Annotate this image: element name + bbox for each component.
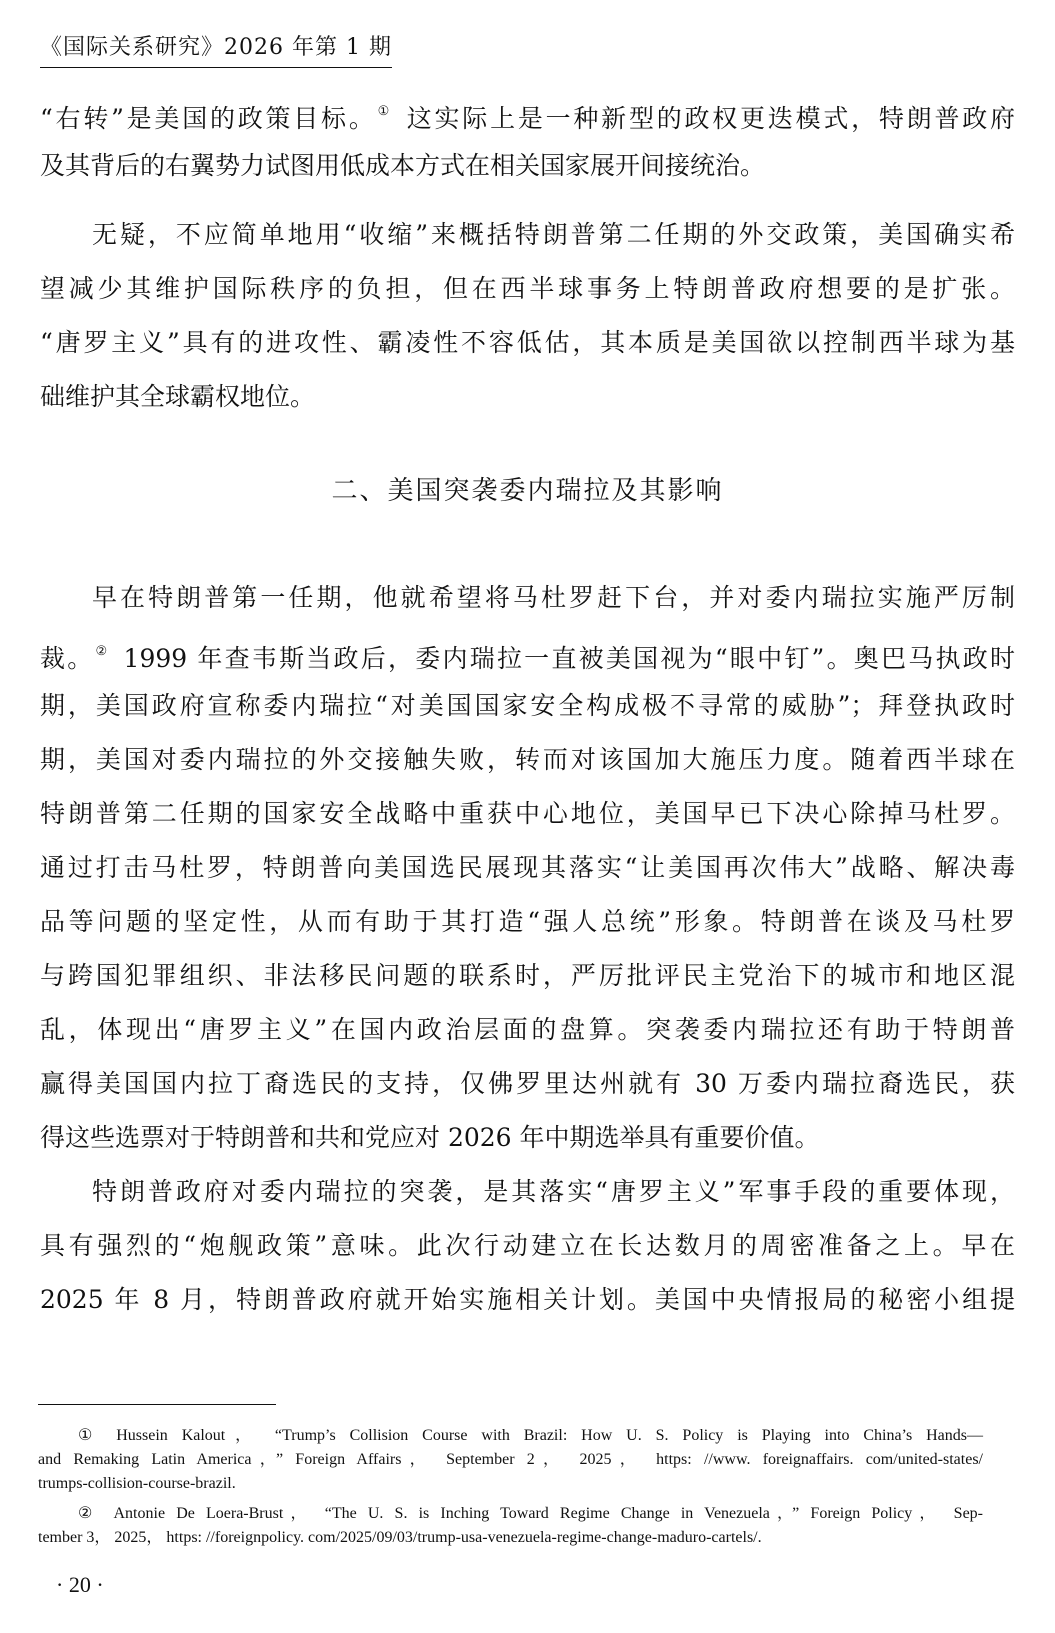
text-line: 赢得美国国内拉丁裔选民的支持，仅佛罗里达州就有 30 万委内瑞拉裔选民，获	[40, 1064, 1015, 1104]
paragraph-first-line: 特朗普政府对委内瑞拉的突袭，是其落实“唐罗主义”军事手段的重要体现，	[40, 1172, 1015, 1212]
text-line: 具有强烈的“炮舰政策”意味。此次行动建立在长达数月的周密准备之上。早在	[40, 1226, 1015, 1266]
text-line: 通过打击马杜罗，特朗普向美国选民展现其落实“让美国再次伟大”战略、解决毒	[40, 848, 1015, 888]
footnote-2: ②Antonie De Loera-Brust， “The U. S. is I…	[38, 1502, 983, 1526]
footnote-marker: ①	[78, 1427, 102, 1444]
text-line: 裁。② 1999 年查韦斯当政后，委内瑞拉一直被美国视为“眼中钉”。奥巴马执政时	[40, 632, 1015, 672]
footnote-divider	[38, 1404, 276, 1405]
text-line: 础维护其全球霸权地位。	[40, 377, 1015, 417]
text-line: 乱，体现出“唐罗主义”在国内政治层面的盘算。突袭委内瑞拉还有助于特朗普	[40, 1010, 1015, 1050]
running-header: 《国际关系研究》2026 年第 1 期	[40, 30, 392, 68]
text-line: 与跨国犯罪组织、非法移民问题的联系时，严厉批评民主党治下的城市和地区混	[40, 956, 1015, 996]
footnote-ref-2[interactable]: ②	[95, 644, 109, 659]
footnote-1-line: and Remaking Latin America，” Foreign Aff…	[38, 1448, 983, 1472]
page-number: · 20 ·	[56, 1572, 104, 1598]
paragraph-first-line: 早在特朗普第一任期，他就希望将马杜罗赶下台，并对委内瑞拉实施严厉制	[40, 578, 1015, 618]
paragraph-first-line: 无疑，不应简单地用“收缩”来概括特朗普第二任期的外交政策，美国确实希	[40, 215, 1015, 255]
text-line: 期，美国政府宣称委内瑞拉“对美国国家安全构成极不寻常的威胁”；拜登执政时	[40, 686, 1015, 726]
text-line: 得这些选票对于特朗普和共和党应对 2026 年中期选举具有重要价值。	[40, 1118, 1015, 1158]
footnote-1-line: trumps-collision-course-brazil.	[38, 1472, 983, 1496]
text-line: 及其背后的右翼势力试图用低成本方式在相关国家展开间接统治。	[40, 146, 1015, 186]
text-line: 品等问题的坚定性，从而有助于其打造“强人总统”形象。特朗普在谈及马杜罗	[40, 902, 1015, 942]
text-line: 特朗普第二任期的国家安全战略中重获中心地位，美国早已下决心除掉马杜罗。	[40, 794, 1015, 834]
footnote-marker: ②	[78, 1505, 100, 1522]
footnote-ref-1[interactable]: ①	[378, 104, 392, 119]
footnote-2-line: tember 3， 2025， https: //foreignpolicy. …	[38, 1526, 983, 1550]
text-line: “右转”是美国的政策目标。① 这实际上是一种新型的政权更迭模式，特朗普政府	[40, 92, 1015, 132]
text-line: 期，美国对委内瑞拉的外交接触失败，转而对该国加大施压力度。随着西半球在	[40, 740, 1015, 780]
text-line: 望减少其维护国际秩序的负担，但在西半球事务上特朗普政府想要的是扩张。	[40, 269, 1015, 309]
section-heading: 二、美国突袭委内瑞拉及其影响	[0, 470, 1055, 507]
text-line: “唐罗主义”具有的进攻性、霸凌性不容低估，其本质是美国欲以控制西半球为基	[40, 323, 1015, 363]
footnote-1: ①Hussein Kalout， “Trump’s Collision Cour…	[38, 1424, 983, 1448]
text-line: 2025 年 8 月，特朗普政府就开始实施相关计划。美国中央情报局的秘密小组提	[40, 1280, 1015, 1320]
